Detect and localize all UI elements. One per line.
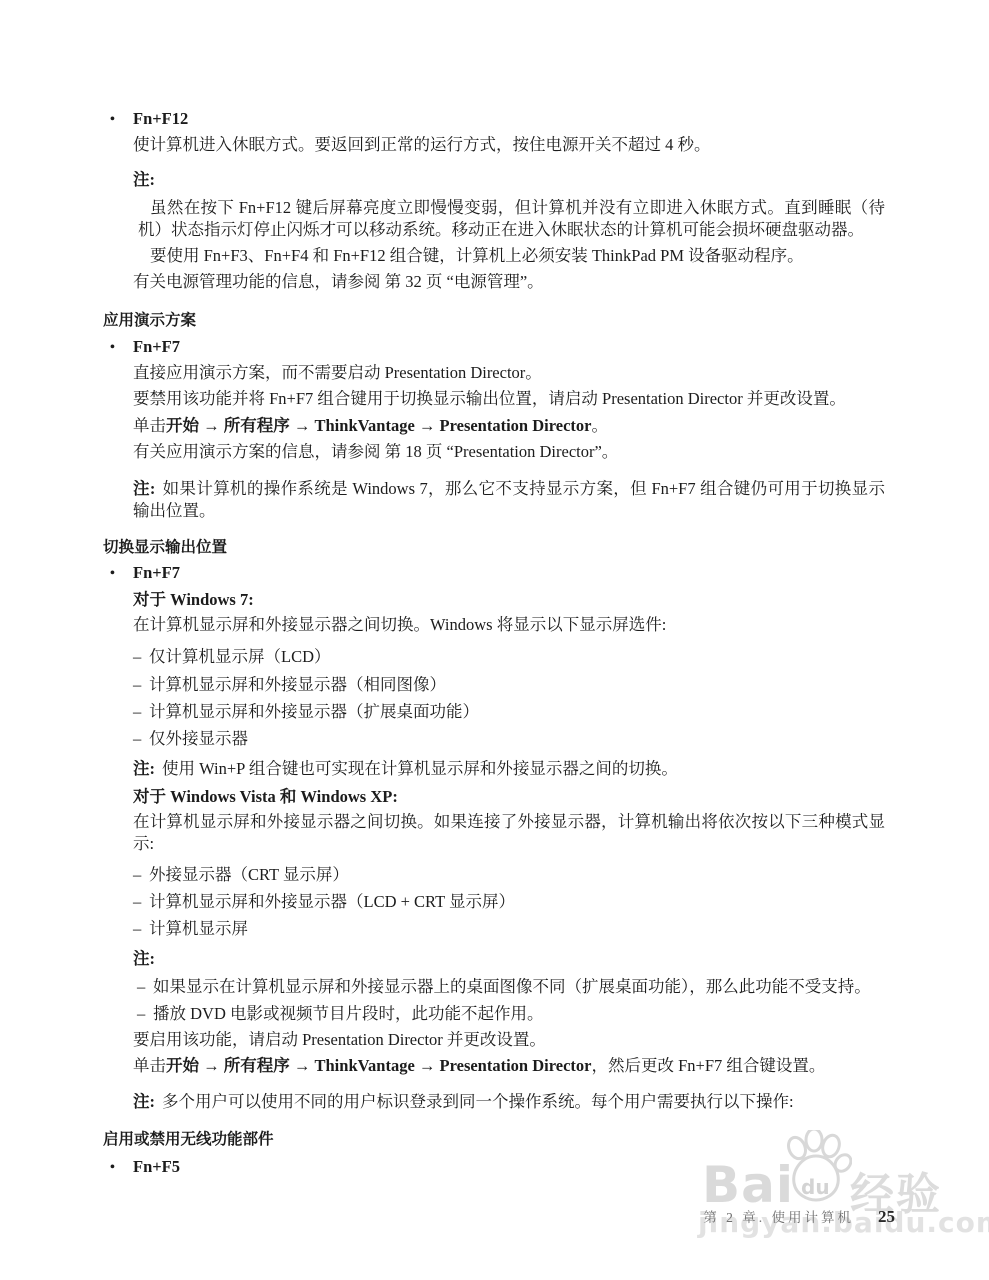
note-label: 注: <box>133 949 155 968</box>
menu-suffix: 。 <box>591 416 608 435</box>
note-text: 如果计算机的操作系统是 Windows 7，那么它不支持显示方案，但 Fn+F7… <box>133 479 885 520</box>
paragraph-presentation-2: 要禁用该功能并将 Fn+F7 组合键用于切换显示输出位置，请启动 Present… <box>133 388 885 410</box>
note-list-item: –播放 DVD 电影或视频节目片段时，此功能不起作用。 <box>137 1003 885 1025</box>
dash-icon: – <box>133 701 149 723</box>
footer-page-number: 25 <box>878 1207 895 1226</box>
list-item: –仅外接显示器 <box>133 728 885 750</box>
menu-path: 开始 → 所有程序 → ThinkVantage → Presentation … <box>166 1056 591 1075</box>
list-item-text: 仅计算机显示屏（LCD） <box>149 647 331 666</box>
bullet-icon: • <box>110 109 133 131</box>
paragraph-win7-intro: 在计算机显示屏和外接显示器之间切换。Windows 将显示以下显示屏选件: <box>133 614 885 636</box>
key-combo-fnf5: Fn+F5 <box>133 1157 180 1176</box>
bullet-icon: • <box>110 563 133 585</box>
paragraph-power-management-ref: 有关电源管理功能的信息，请参阅 第 32 页 “电源管理”。 <box>133 271 885 293</box>
menu-path-line-2: 单击开始 → 所有程序 → ThinkVantage → Presentatio… <box>133 1055 885 1077</box>
list-item-text: 计算机显示屏 <box>149 919 248 938</box>
note-label: 注: <box>133 479 155 498</box>
note-label: 注: <box>133 1092 155 1111</box>
paragraph-fnf12-desc: 使计算机进入休眠方式。要返回到正常的运行方式，按住电源开关不超过 4 秒。 <box>133 134 885 156</box>
menu-prefix: 单击 <box>133 1056 166 1075</box>
bullet-item-fnf7-presentation: •Fn+F7 <box>110 336 885 359</box>
menu-path: 开始 → 所有程序 → ThinkVantage → Presentation … <box>166 416 591 435</box>
note-multi-user: 注:多个用户可以使用不同的用户标识登录到同一个操作系统。每个用户需要执行以下操作… <box>133 1091 885 1113</box>
dash-icon: – <box>137 1003 153 1025</box>
subheading-windows7: 对于 Windows 7: <box>133 589 885 611</box>
section-heading-switch-display: 切换显示输出位置 <box>103 536 885 558</box>
note-presentation: 注:如果计算机的操作系统是 Windows 7，那么它不支持显示方案，但 Fn+… <box>133 478 885 522</box>
note-label-standalone: 注: <box>133 169 885 191</box>
dash-icon: – <box>133 891 149 913</box>
bullet-icon: • <box>110 1157 133 1179</box>
section-heading-presentation: 应用演示方案 <box>103 309 885 331</box>
bullet-item-fnf7-switch: •Fn+F7 <box>110 562 885 585</box>
dash-icon: – <box>133 864 149 886</box>
note-list-item-text: 如果显示在计算机显示屏和外接显示器上的桌面图像不同（扩展桌面功能），那么此功能不… <box>153 977 871 996</box>
list-item: –仅计算机显示屏（LCD） <box>133 646 885 668</box>
section-heading-wireless: 启用或禁用无线功能部件 <box>103 1128 885 1150</box>
key-combo-fnf7: Fn+F7 <box>133 337 180 356</box>
list-item-text: 计算机显示屏和外接显示器（LCD + CRT 显示屏） <box>149 892 515 911</box>
menu-suffix: ，然后更改 Fn+F7 组合键设置。 <box>591 1056 825 1075</box>
dash-icon: – <box>133 918 149 940</box>
dash-icon: – <box>133 646 149 668</box>
list-item-text: 外接显示器（CRT 显示屏） <box>149 865 349 884</box>
key-combo-fnf7: Fn+F7 <box>133 563 180 582</box>
subheading-vista-xp: 对于 Windows Vista 和 Windows XP: <box>133 786 885 808</box>
paragraph-presentation-3: 有关应用演示方案的信息，请参阅 第 18 页 “Presentation Dir… <box>133 441 885 463</box>
note-winp: 注:使用 Win+P 组合键也可实现在计算机显示屏和外接显示器之间的切换。 <box>133 758 885 780</box>
document-body: •Fn+F12 使计算机进入休眠方式。要返回到正常的运行方式，按住电源开关不超过… <box>0 108 989 1179</box>
list-item: –外接显示器（CRT 显示屏） <box>133 864 885 886</box>
bullet-icon: • <box>110 337 133 359</box>
list-item-text: 计算机显示屏和外接显示器（扩展桌面功能） <box>149 702 479 721</box>
dash-icon: – <box>133 674 149 696</box>
manual-page: Bai du 经验 jingyan.baidu.com •Fn+F12 使计算机… <box>0 0 989 1280</box>
note-label-standalone-2: 注: <box>133 948 885 970</box>
paragraph-vista-intro: 在计算机显示屏和外接显示器之间切换。如果连接了外接显示器，计算机输出将依次按以下… <box>133 811 885 855</box>
note-paragraph-2: 要使用 Fn+F3、Fn+F4 和 Fn+F12 组合键，计算机上必须安装 Th… <box>138 245 885 267</box>
list-item: –计算机显示屏和外接显示器（扩展桌面功能） <box>133 701 885 723</box>
list-item-text: 仅外接显示器 <box>149 729 248 748</box>
note-list-item-text: 播放 DVD 电影或视频节目片段时，此功能不起作用。 <box>153 1004 544 1023</box>
menu-path-line-1: 单击开始 → 所有程序 → ThinkVantage → Presentatio… <box>133 415 885 437</box>
note-text: 使用 Win+P 组合键也可实现在计算机显示屏和外接显示器之间的切换。 <box>162 759 678 778</box>
paragraph-presentation-1: 直接应用演示方案，而不需要启动 Presentation Director。 <box>133 362 885 384</box>
page-footer: 第 2 章. 使用计算机 25 <box>703 1206 895 1227</box>
list-item: –计算机显示屏和外接显示器（相同图像） <box>133 674 885 696</box>
bullet-item-fnf12: •Fn+F12 <box>110 108 885 131</box>
note-label: 注: <box>133 170 155 189</box>
key-combo-fnf12: Fn+F12 <box>133 109 188 128</box>
note-label: 注: <box>133 759 155 778</box>
list-item: –计算机显示屏 <box>133 918 885 940</box>
dash-icon: – <box>133 728 149 750</box>
dash-icon: – <box>137 976 153 998</box>
paragraph-enable-feature: 要启用该功能，请启动 Presentation Director 并更改设置。 <box>133 1029 885 1051</box>
bullet-item-fnf5: •Fn+F5 <box>110 1156 885 1179</box>
list-item: –计算机显示屏和外接显示器（LCD + CRT 显示屏） <box>133 891 885 913</box>
footer-chapter: 第 2 章. 使用计算机 <box>703 1210 854 1225</box>
note-text: 多个用户可以使用不同的用户标识登录到同一个操作系统。每个用户需要执行以下操作: <box>162 1092 794 1111</box>
list-item-text: 计算机显示屏和外接显示器（相同图像） <box>149 675 446 694</box>
note-list-item: –如果显示在计算机显示屏和外接显示器上的桌面图像不同（扩展桌面功能），那么此功能… <box>137 976 885 998</box>
menu-prefix: 单击 <box>133 416 166 435</box>
note-paragraph-1: 虽然在按下 Fn+F12 键后屏幕亮度立即慢慢变弱，但计算机并没有立即进入休眠方… <box>138 197 885 241</box>
